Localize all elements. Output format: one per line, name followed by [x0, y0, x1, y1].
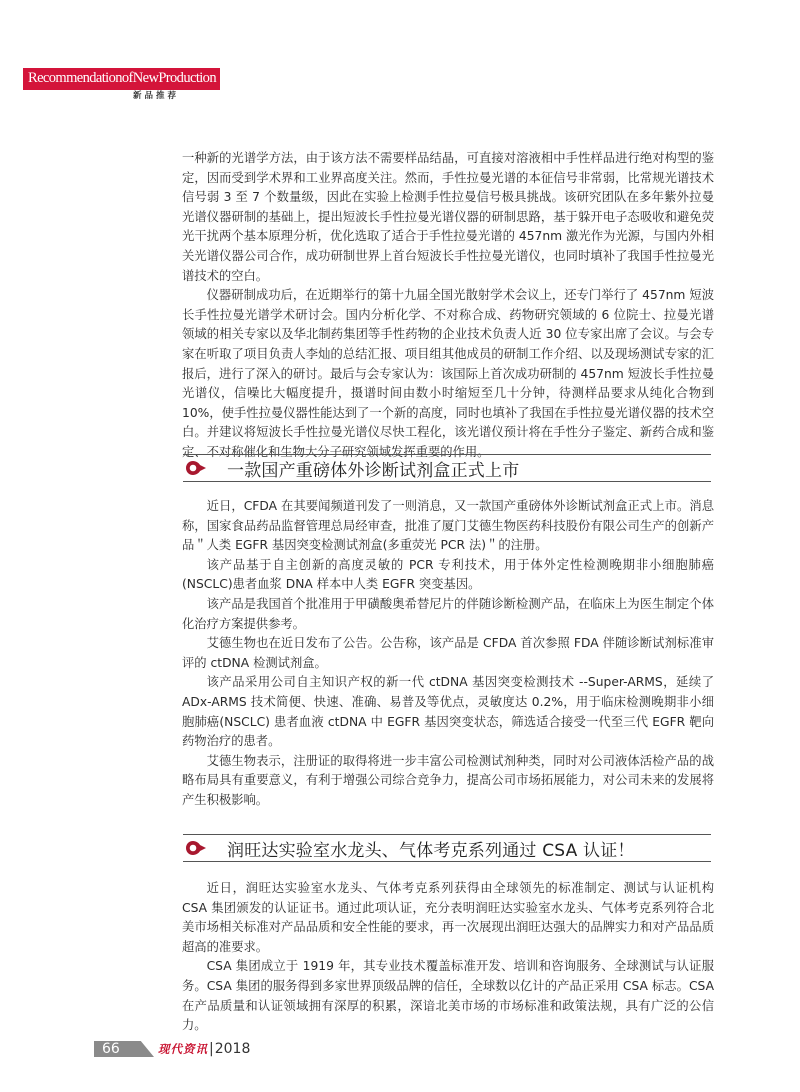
- paragraph: 艾德生物也在近日发布了公告。公告称，该产品是 CFDA 首次参照 FDA 伴随诊…: [182, 634, 714, 673]
- paragraph: 该产品基于自主创新的高度灵敏的 PCR 专利技术，用于体外定性检测晚期非小细胞肺…: [182, 556, 714, 595]
- paragraph: 一种新的光谱学方法，由于该方法不需要样品结晶，可直接对溶液相中手性样品进行绝对构…: [182, 149, 714, 286]
- paragraph: 艾德生物表示，注册证的取得将进一步丰富公司检测试剂种类，同时对公司液体活检产品的…: [182, 752, 714, 811]
- page-number: 66: [94, 1041, 154, 1057]
- section-title: 润旺达实验室水龙头、气体考克系列通过 CSA 认证！: [227, 836, 635, 861]
- paragraph: 近日，CFDA 在其要闻频道刊发了一则消息，又一款国产重磅体外诊断试剂盒正式上市…: [182, 497, 714, 556]
- article-csa-certification: 近日，润旺达实验室水龙头、气体考克系列获得由全球领先的标准制定、测试与认证机构 …: [182, 879, 714, 1036]
- paragraph: 该产品采用公司自主知识产权的新一代 ctDNA 基因突变检测技术 --Super…: [182, 673, 714, 751]
- page-footer: 66 现代资讯 | 2018: [94, 1041, 250, 1057]
- section-heading: 一款国产重磅体外诊断试剂盒正式上市: [183, 454, 711, 482]
- paragraph: 该产品是我国首个批准用于甲磺酸奥希替尼片的伴随诊断检测产品，在临床上为医生制定个…: [182, 595, 714, 634]
- issue-year: 2018: [215, 1041, 251, 1057]
- paragraph: 近日，润旺达实验室水龙头、气体考克系列获得由全球领先的标准制定、测试与认证机构 …: [182, 879, 714, 957]
- article-ivd-kit: 近日，CFDA 在其要闻频道刊发了一则消息，又一款国产重磅体外诊断试剂盒正式上市…: [182, 497, 714, 811]
- section-heading: 润旺达实验室水龙头、气体考克系列通过 CSA 认证！: [183, 834, 711, 862]
- location-pin-icon: [186, 461, 206, 475]
- magazine-name: 现代资讯: [158, 1041, 208, 1057]
- paragraph: 仪器研制成功后，在近期举行的第十九届全国光散射学术会议上，还专门举行了 457n…: [182, 286, 714, 462]
- paragraph: CSA 集团成立于 1919 年，其专业技术覆盖标准开发、培训和咨询服务、全球测…: [182, 957, 714, 1035]
- header-subtitle: 新品推荐: [133, 89, 179, 101]
- location-pin-icon: [186, 841, 206, 855]
- section-title: 一款国产重磅体外诊断试剂盒正式上市: [227, 456, 519, 481]
- footer-separator: |: [209, 1041, 214, 1057]
- header-banner: RecommendationofNewProduction: [23, 68, 220, 90]
- intro-article: 一种新的光谱学方法，由于该方法不需要样品结晶，可直接对溶液相中手性样品进行绝对构…: [182, 149, 714, 463]
